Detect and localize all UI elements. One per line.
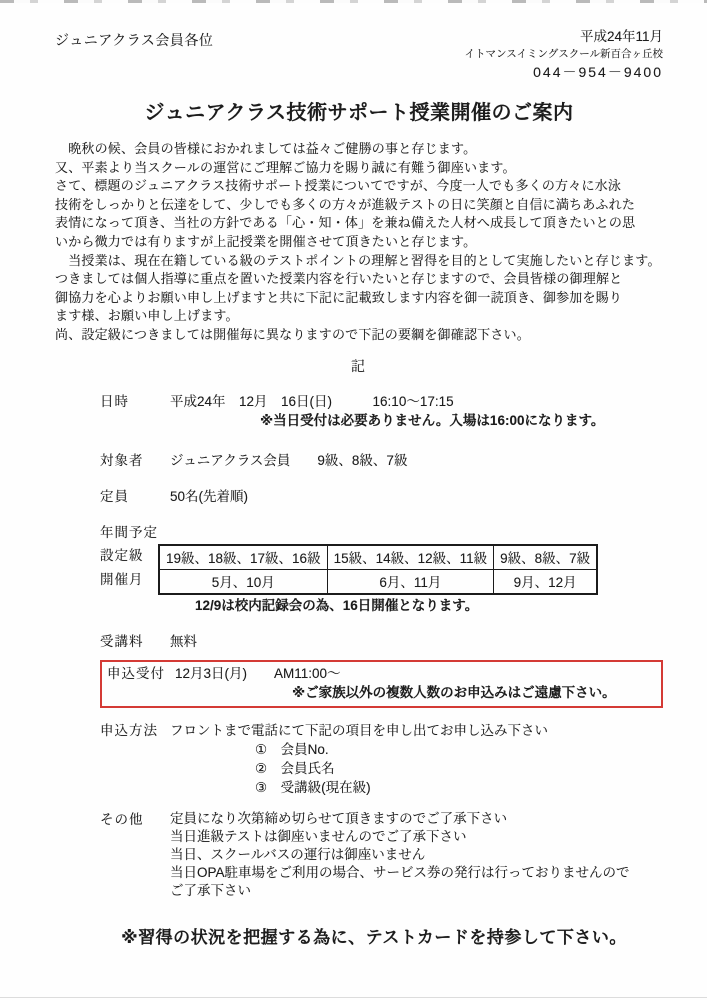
paragraph-line: ます様、お願い申し上げます。	[55, 307, 663, 326]
detail-row-fee: 受講料 無料	[100, 632, 663, 651]
phone-number: 044－954－9400	[465, 65, 663, 79]
method-item: ③ 受講級(現在級)	[255, 778, 663, 797]
application-highlight-box: 申込受付 12月3日(月) AM11:00～ ※ご家族以外の複数人数のお申込みは…	[100, 660, 663, 708]
application-row: 申込受付 12月3日(月) AM11:00～	[107, 665, 655, 682]
paragraph-line: 尚、設定級につきましては開催毎に異なりますので下記の要綱を御確認下さい。	[55, 326, 663, 345]
paragraph-line: 表情になって頂き、当社の方針である「心・知・体」を兼ね備えた人材へ成長して頂きた…	[55, 214, 663, 233]
schedule-grades-cell: 9級、8級、7級	[494, 545, 598, 570]
document-content: ジュニアクラス会員各位 平成24年11月 イトマンスイミングスクール新百合ヶ丘校…	[0, 0, 707, 950]
detail-value-capacity: 50名(先着順)	[170, 487, 248, 506]
scanned-document-page: ジュニアクラス会員各位 平成24年11月 イトマンスイミングスクール新百合ヶ丘校…	[0, 0, 707, 1000]
other-line: 定員になり次第締め切らせて頂きますのでご了承下さい	[170, 810, 630, 827]
detail-label-fee: 受講料	[100, 632, 170, 651]
datetime-note: ※当日受付は必要ありません。入場は16:00になります。	[260, 411, 663, 430]
schedule-row2-label: 開催月	[100, 568, 158, 592]
document-header: ジュニアクラス会員各位 平成24年11月 イトマンスイミングスクール新百合ヶ丘校…	[55, 30, 663, 79]
ki-marker: 記	[55, 356, 663, 376]
application-value: 12月3日(月) AM11:00～	[175, 665, 341, 682]
application-label: 申込受付	[107, 665, 175, 682]
detail-value-method: フロントまで電話にて下記の項目を申し出てお申し込み下さい	[170, 721, 548, 740]
schedule-heading: 年間予定	[100, 523, 663, 542]
detail-row-target: 対象者 ジュニアクラス会員 9級、8級、7級	[100, 451, 663, 470]
other-line: ご了承下さい	[170, 882, 630, 899]
document-title: ジュニアクラス技術サポート授業開催のご案内	[55, 99, 663, 127]
detail-label-datetime: 日時	[100, 392, 170, 411]
schedule-months-cell: 6月、11月	[327, 569, 494, 594]
method-item: ① 会員No.	[255, 740, 663, 759]
detail-label-other: その他	[100, 810, 170, 900]
schedule-table: 19級、18級、17級、16級 15級、14級、12級、11級 9級、8級、7級…	[158, 544, 598, 595]
detail-row-method: 申込方法 フロントまで電話にて下記の項目を申し出てお申し込み下さい	[100, 721, 663, 740]
other-lines-list: 定員になり次第締め切らせて頂きますのでご了承下さい 当日進級テストは御座いません…	[170, 810, 630, 900]
other-line: 当日OPA駐車場をご利用の場合、サービス券の発行は行っておりませんので	[170, 864, 630, 881]
schedule-grades-cell: 19級、18級、17級、16級	[159, 545, 327, 570]
detail-row-capacity: 定員 50名(先着順)	[100, 487, 663, 506]
schedule-grades-cell: 15級、14級、12級、11級	[327, 545, 494, 570]
detail-label-target: 対象者	[100, 451, 170, 470]
paragraph-line: さて、標題のジュニアクラス技術サポート授業についてですが、今度一人でも多くの方々…	[55, 177, 663, 196]
scan-artifact-bottom	[0, 997, 707, 998]
issue-date: 平成24年11月	[465, 30, 663, 44]
schedule-block: 設定級 開催月 19級、18級、17級、16級 15級、14級、12級、11級 …	[100, 544, 663, 595]
other-line: 当日、スクールバスの運行は御座いません	[170, 846, 630, 863]
details-section: 日時 平成24年 12月 16日(日) 16:10～17:15 ※当日受付は必要…	[55, 392, 663, 900]
paragraph-line: いから微力では有りますが上記授業を開催させて頂きたいと存じます。	[55, 233, 663, 252]
scan-artifact-top	[0, 0, 707, 3]
paragraph-line: 当授業は、現在在籍している級のテストポイントの理解と習得を目的として実施したいと…	[55, 252, 663, 271]
schedule-months-row: 5月、10月 6月、11月 9月、12月	[159, 569, 597, 594]
detail-row-datetime: 日時 平成24年 12月 16日(日) 16:10～17:15	[100, 392, 663, 411]
schedule-note: 12/9は校内記録会の為、16日開催となります。	[195, 596, 663, 615]
detail-row-schedule-heading: 年間予定	[100, 523, 663, 542]
paragraph-line: つきましては個人指導に重点を置いた授業内容を行いたいと存じますので、会員皆様の御…	[55, 270, 663, 289]
school-name: イトマンスイミングスクール新百合ヶ丘校	[465, 49, 663, 60]
detail-value-fee: 無料	[170, 632, 197, 651]
footer-emphasis-note: ※習得の状況を把握する為に、テストカードを持参して下さい。	[55, 926, 663, 950]
detail-row-other: その他 定員になり次第締め切らせて頂きますのでご了承下さい 当日進級テストは御座…	[100, 810, 663, 900]
application-note: ※ご家族以外の複数人数のお申込みはご遠慮下さい。	[292, 684, 655, 701]
schedule-months-cell: 5月、10月	[159, 569, 327, 594]
header-right-block: 平成24年11月 イトマンスイミングスクール新百合ヶ丘校 044－954－940…	[465, 30, 663, 79]
detail-value-target: ジュニアクラス会員 9級、8級、7級	[170, 451, 407, 470]
paragraph-line: 御協力を心よりお願い申し上げますと共に下記に記載致します内容を御一読頂き、御参加…	[55, 289, 663, 308]
paragraph-line: 又、平素より当スクールの運営にご理解ご協力を賜り誠に有難う御座います。	[55, 159, 663, 178]
schedule-row1-label: 設定級	[100, 544, 158, 568]
detail-label-method: 申込方法	[100, 721, 170, 740]
recipient-line: ジュニアクラス会員各位	[55, 30, 213, 50]
schedule-months-cell: 9月、12月	[494, 569, 598, 594]
paragraph-line: 晩秋の候、会員の皆様におかれましては益々ご健勝の事と存じます。	[55, 140, 663, 159]
method-items-list: ① 会員No. ② 会員氏名 ③ 受講級(現在級)	[255, 740, 663, 797]
method-item: ② 会員氏名	[255, 759, 663, 778]
greeting-paragraph: 晩秋の候、会員の皆様におかれましては益々ご健勝の事と存じます。 又、平素より当ス…	[55, 140, 663, 345]
detail-label-capacity: 定員	[100, 487, 170, 506]
schedule-row-labels: 設定級 開催月	[100, 544, 158, 595]
other-line: 当日進級テストは御座いませんのでご了承下さい	[170, 828, 630, 845]
paragraph-line: 技術をしっかりと伝達をして、少しでも多くの方々が進級テストの日に笑顔と自信に満ち…	[55, 196, 663, 215]
schedule-grades-row: 19級、18級、17級、16級 15級、14級、12級、11級 9級、8級、7級	[159, 545, 597, 570]
detail-value-datetime: 平成24年 12月 16日(日) 16:10～17:15	[170, 392, 454, 411]
